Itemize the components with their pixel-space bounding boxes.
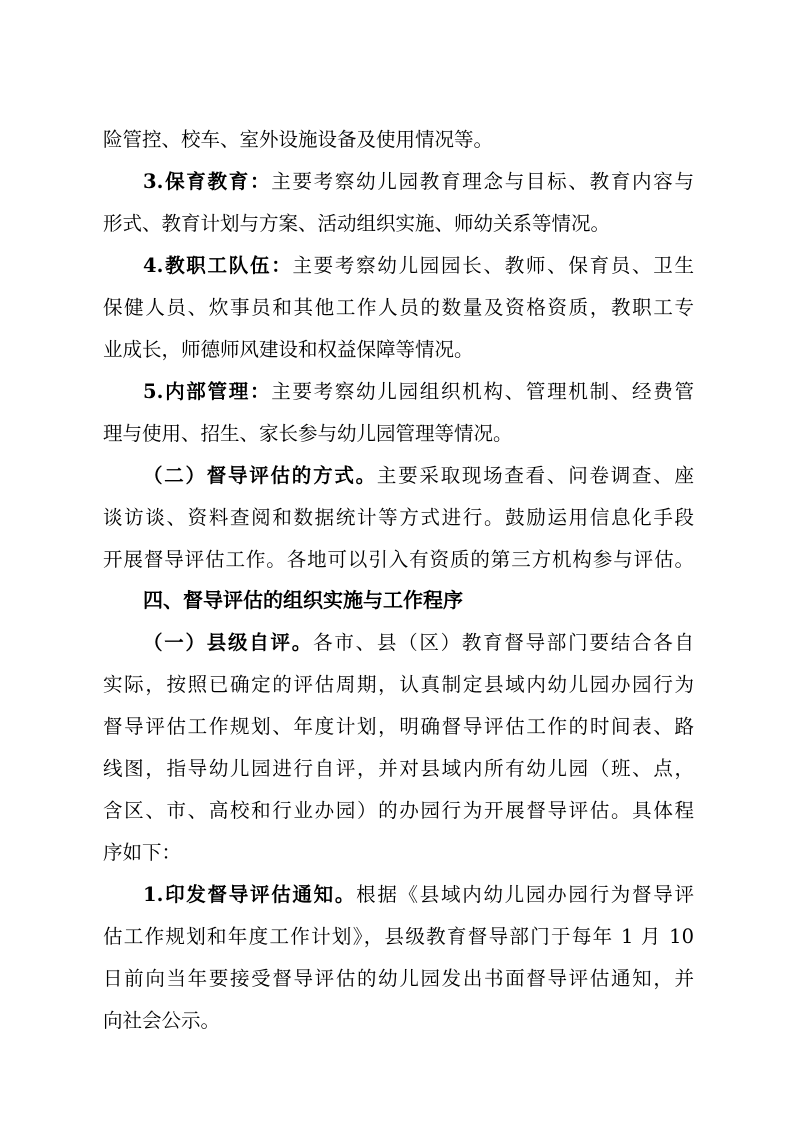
text-line: 业成长，师德师风建设和权益保障等情况。 — [103, 335, 694, 365]
subsection-1-title: （一）县级自评。 — [143, 631, 313, 654]
text-line: 险管控、校车、室外设施设备及使用情况等。 — [103, 125, 694, 155]
text-line: 日前向当年要接受督导评估的幼儿园发出书面督导评估通知，并 — [103, 964, 694, 994]
text-line: 序如下： — [103, 838, 694, 868]
section-5-title: 5.内部管理： — [143, 380, 271, 403]
text-line: 督导评估工作规划、年度计划，明确督导评估工作的时间表、路 — [103, 712, 694, 742]
section-3-title: 3.保育教育： — [143, 170, 271, 193]
text-line: 谈访谈、资料查阅和数据统计等方式进行。鼓励运用信息化手段 — [103, 503, 694, 533]
section-3-text: 主要考察幼儿园教育理念与目标、教育内容与 — [271, 170, 694, 193]
subsection-2-title: （二）督导评估的方式。 — [143, 464, 377, 487]
section-3-line: 3.保育教育：主要考察幼儿园教育理念与目标、教育内容与 — [143, 167, 694, 197]
step-1-text: 根据《县域内幼儿园办园行为督导评 — [356, 883, 694, 906]
chapter-4-heading: 四、督导评估的组织实施与工作程序 — [143, 585, 694, 615]
document-page: 险管控、校车、室外设施设备及使用情况等。 3.保育教育：主要考察幼儿园教育理念与… — [0, 0, 793, 1122]
subsection-2-line: （二）督导评估的方式。主要采取现场查看、问卷调查、座 — [143, 461, 694, 491]
text-line: 向社会公示。 — [103, 1006, 694, 1036]
text-line: 线图，指导幼儿园进行自评，并对县域内所有幼儿园（班、点， — [103, 754, 694, 784]
step-1-title: 1.印发督导评估通知。 — [143, 883, 356, 906]
step-1-line: 1.印发督导评估通知。根据《县域内幼儿园办园行为督导评 — [143, 880, 694, 910]
subsection-2-text: 主要采取现场查看、问卷调查、座 — [377, 464, 694, 487]
subsection-1-line: （一）县级自评。各市、县（区）教育督导部门要结合各自 — [143, 628, 694, 658]
text-line: 形式、教育计划与方案、活动组织实施、师幼关系等情况。 — [103, 209, 694, 239]
subsection-1-text: 各市、县（区）教育督导部门要结合各自 — [313, 631, 694, 654]
section-4-line: 4.教职工队伍：主要考察幼儿园园长、教师、保育员、卫生 — [143, 251, 694, 281]
text-line: 理与使用、招生、家长参与幼儿园管理等情况。 — [103, 419, 694, 449]
section-5-line: 5.内部管理：主要考察幼儿园组织机构、管理机制、经费管 — [143, 377, 694, 407]
text-line: 估工作规划和年度工作计划》，县级教育督导部门于每年 1 月 10 — [103, 922, 694, 952]
text-line: 开展督导评估工作。各地可以引入有资质的第三方机构参与评估。 — [103, 545, 694, 575]
section-4-text: 主要考察幼儿园园长、教师、保育员、卫生 — [292, 254, 694, 277]
section-4-title: 4.教职工队伍： — [143, 254, 292, 277]
text-line: 含区、市、高校和行业办园）的办园行为开展督导评估。具体程 — [103, 796, 694, 826]
text-line: 保健人员、炊事员和其他工作人员的数量及资格资质，教职工专 — [103, 293, 694, 323]
section-5-text: 主要考察幼儿园组织机构、管理机制、经费管 — [271, 380, 694, 403]
text-line: 实际，按照已确定的评估周期，认真制定县域内幼儿园办园行为 — [103, 670, 694, 700]
